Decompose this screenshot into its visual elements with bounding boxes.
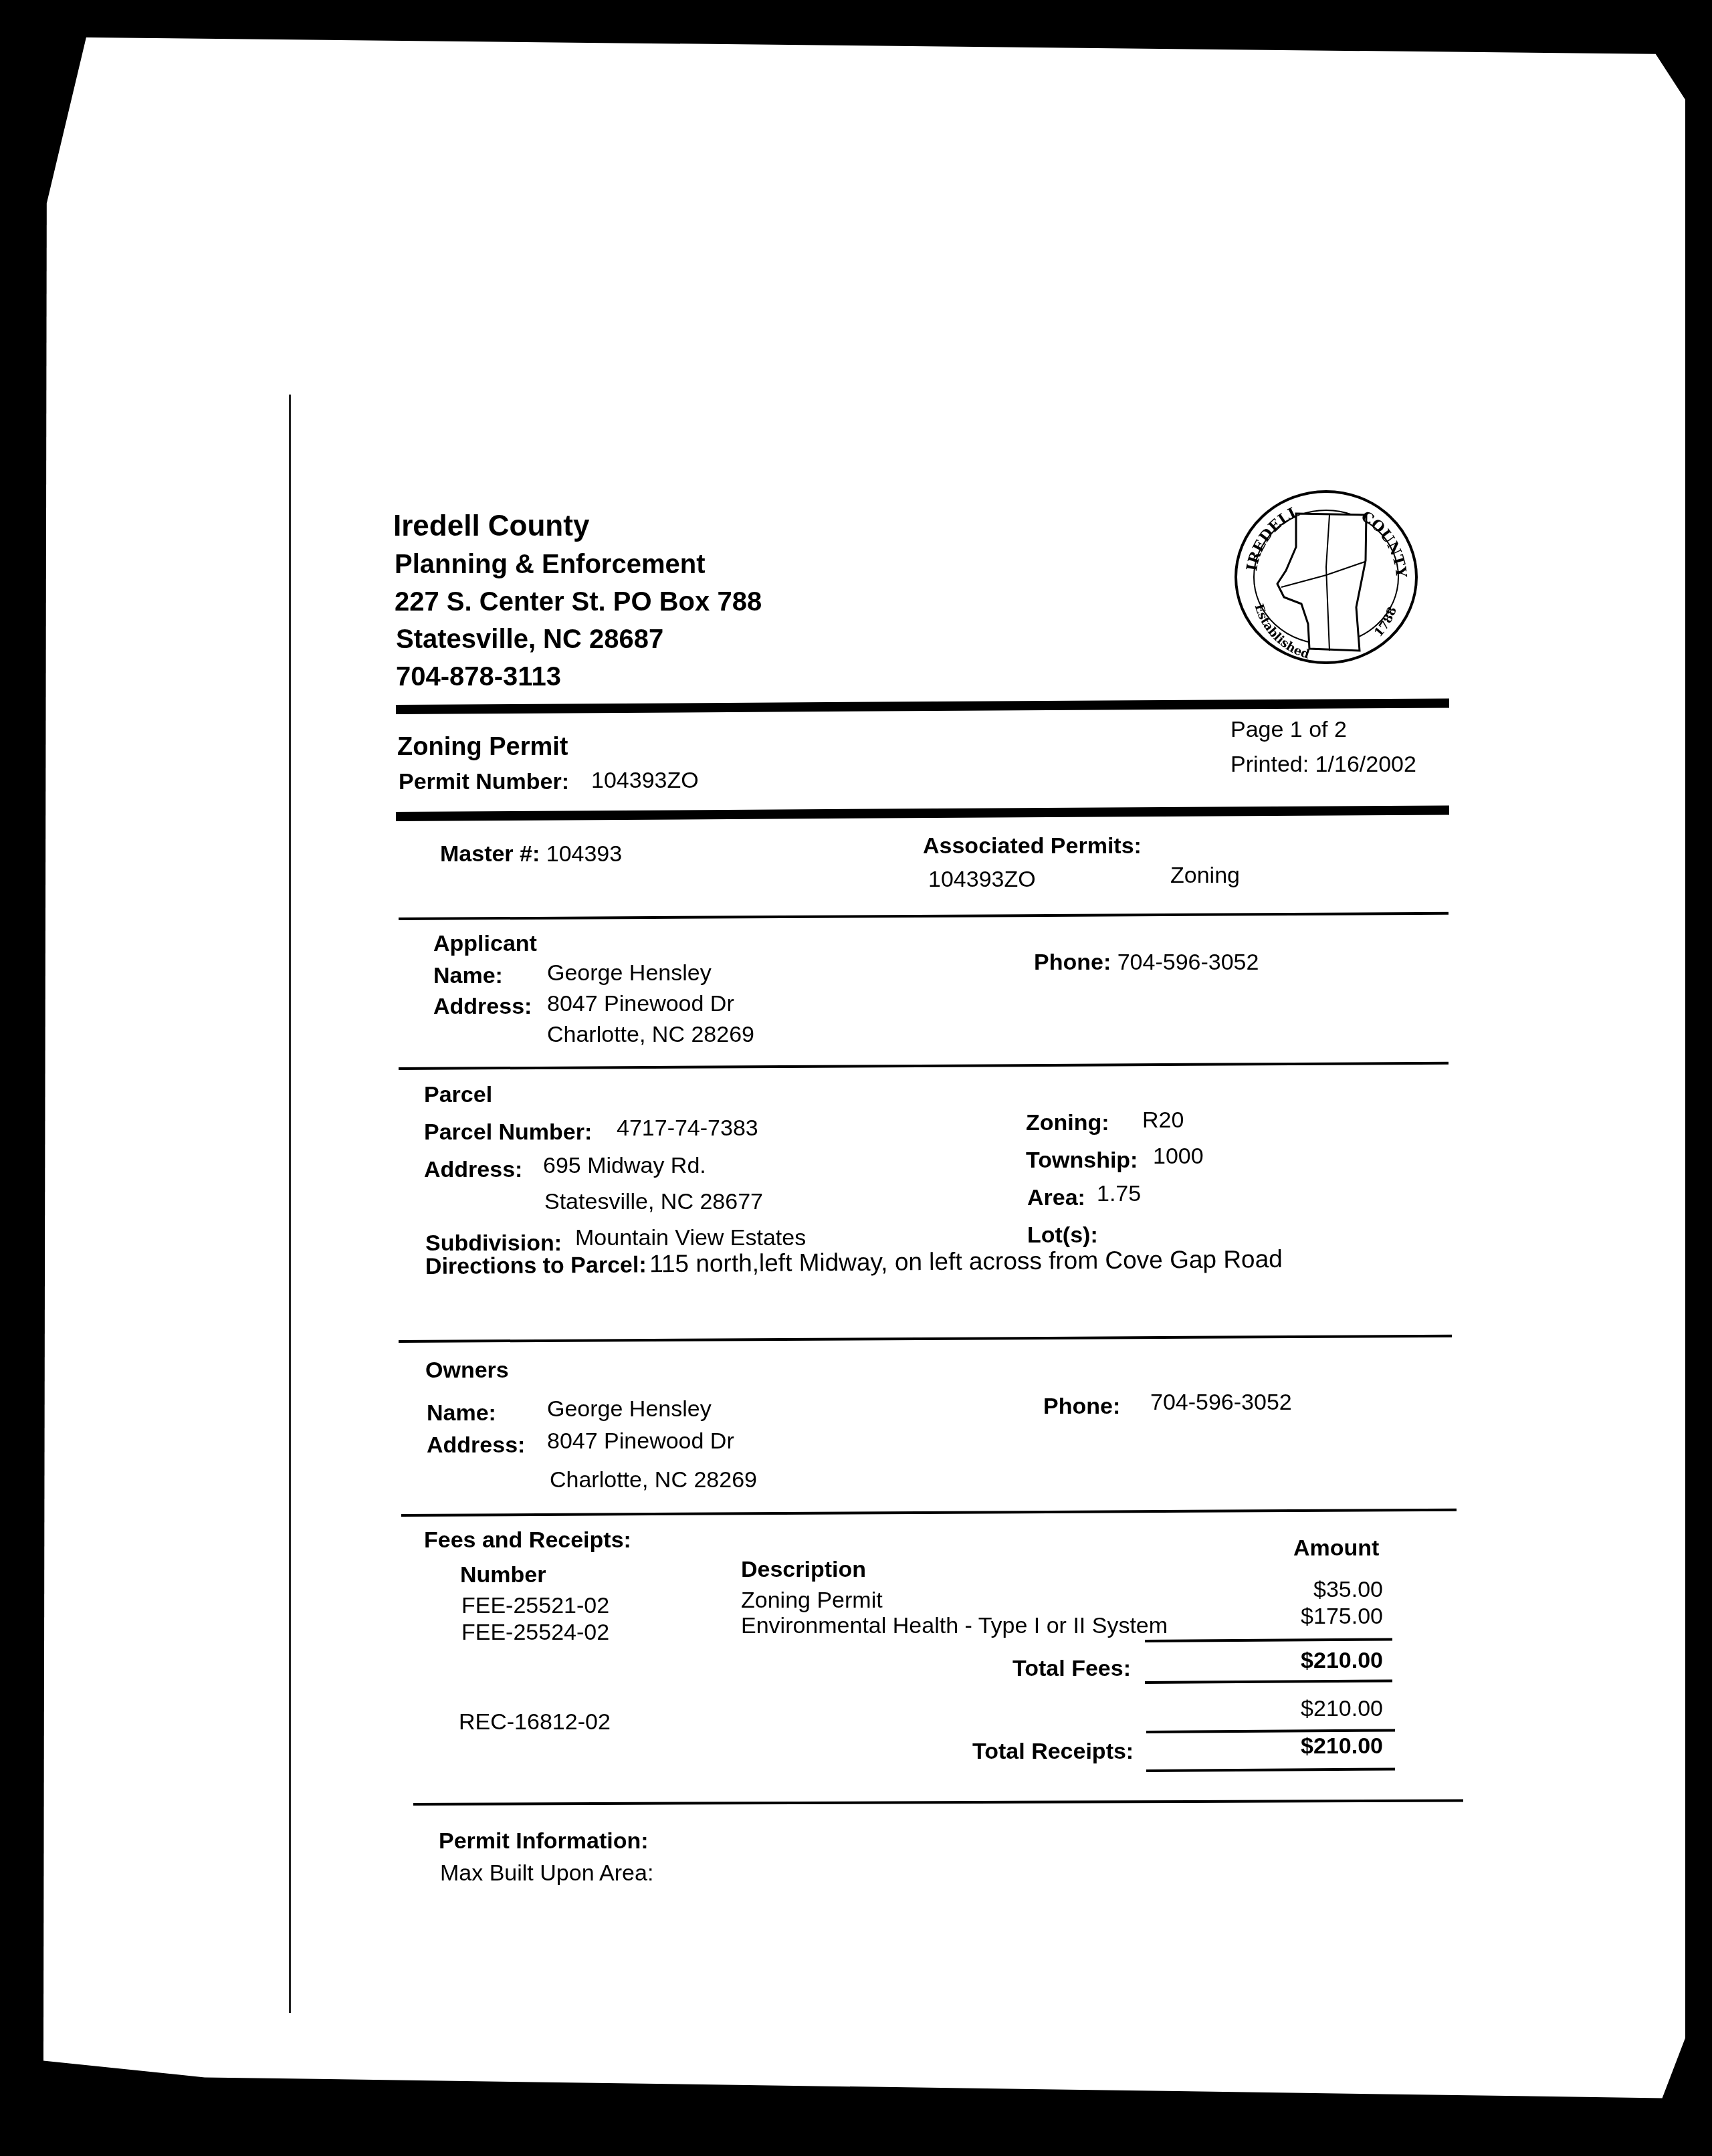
applicant-address-label: Address: — [433, 994, 532, 1020]
total-receipts-value: $210.00 — [1204, 1733, 1383, 1759]
applicant-heading: Applicant — [433, 931, 537, 957]
org-department: Planning & Enforcement — [395, 550, 706, 580]
fees-col-number: Number — [460, 1562, 546, 1588]
owners-heading: Owners — [425, 1358, 509, 1384]
master-number: Master #: 104393 — [440, 841, 622, 867]
owner-address-line1: 8047 Pinewood Dr — [547, 1428, 734, 1454]
page-indicator: Page 1 of 2 — [1230, 717, 1347, 743]
max-built-upon-area-label: Max Built Upon Area: — [440, 1860, 653, 1886]
parcel-number: 4717-74-7383 — [617, 1115, 758, 1142]
owner-address-label: Address: — [427, 1432, 525, 1459]
zoning-label: Zoning: — [1026, 1110, 1109, 1136]
parcel-address-line1: 695 Midway Rd. — [543, 1153, 706, 1179]
fee-amount: $175.00 — [1204, 1604, 1383, 1630]
directions-label: Directions to Parcel: — [425, 1252, 647, 1279]
parcel-heading: Parcel — [424, 1082, 492, 1108]
zoning-value: R20 — [1142, 1107, 1184, 1134]
fee-number: FEE-25524-02 — [461, 1620, 609, 1646]
total-receipts-label: Total Receipts: — [972, 1739, 1134, 1765]
total-fees-value: $210.00 — [1204, 1648, 1383, 1674]
area-value: 1.75 — [1097, 1181, 1141, 1207]
applicant-address-line1: 8047 Pinewood Dr — [547, 991, 734, 1017]
fee-number: FEE-25521-02 — [461, 1593, 609, 1619]
parcel-address-label: Address: — [424, 1157, 522, 1183]
directions-value: 115 north,left Midway, on left across fr… — [649, 1245, 1283, 1277]
parcel-number-label: Parcel Number: — [424, 1119, 592, 1146]
fees-col-amount: Amount — [1293, 1535, 1379, 1561]
fee-description: Environmental Health - Type I or II Syst… — [741, 1613, 1168, 1639]
org-name: Iredell County — [393, 510, 589, 543]
applicant-name-label: Name: — [433, 963, 503, 989]
associated-permit-number: 104393ZO — [928, 867, 1036, 893]
owner-name-label: Name: — [427, 1400, 496, 1426]
applicant-phone-label: Phone: — [1034, 950, 1111, 975]
parcel-address-line2: Statesville, NC 28677 — [544, 1189, 763, 1215]
owner-phone: 704-596-3052 — [1150, 1390, 1292, 1416]
area-label: Area: — [1027, 1185, 1085, 1211]
permit-number: 104393ZO — [591, 768, 699, 794]
svg-text:1788: 1788 — [1372, 605, 1400, 640]
associated-permit-type: Zoning — [1170, 863, 1240, 889]
fees-heading: Fees and Receipts: — [424, 1527, 631, 1553]
receipt-number: REC-16812-02 — [459, 1709, 611, 1735]
owner-address-line2: Charlotte, NC 28269 — [550, 1467, 757, 1493]
subdivision-value: Mountain View Estates — [575, 1225, 806, 1251]
applicant-phone: 704-596-3052 — [1117, 950, 1259, 975]
fee-amount: $35.00 — [1204, 1577, 1383, 1603]
applicant-address-line2: Charlotte, NC 28269 — [547, 1022, 754, 1048]
master-value: 104393 — [546, 841, 622, 867]
associated-permits-label: Associated Permits: — [923, 833, 1142, 859]
org-address-line2: Statesville, NC 28687 — [396, 625, 663, 655]
master-label: Master #: — [440, 841, 540, 867]
org-address-line1: 227 S. Center St. PO Box 788 — [395, 587, 762, 617]
fee-description: Zoning Permit — [741, 1588, 883, 1614]
lots-label: Lot(s): — [1027, 1222, 1098, 1249]
permit-number-label: Permit Number: — [399, 769, 569, 795]
owner-name: George Hensley — [547, 1396, 712, 1422]
page-margin-line — [289, 395, 291, 2013]
county-seal-icon: IREDELL COUNTY Established 1788 — [1229, 487, 1423, 667]
township-label: Township: — [1026, 1148, 1138, 1174]
total-fees-label: Total Fees: — [1012, 1656, 1131, 1682]
permit-info-heading: Permit Information: — [439, 1828, 649, 1854]
document-title: Zoning Permit — [397, 733, 568, 762]
org-phone: 704-878-3113 — [396, 662, 561, 692]
receipt-amount: $210.00 — [1204, 1696, 1383, 1722]
printed-date: Printed: 1/16/2002 — [1230, 752, 1416, 778]
township-value: 1000 — [1153, 1144, 1204, 1170]
owner-phone-label: Phone: — [1043, 1394, 1120, 1420]
applicant-name: George Hensley — [547, 960, 712, 986]
fees-col-description: Description — [741, 1557, 866, 1583]
